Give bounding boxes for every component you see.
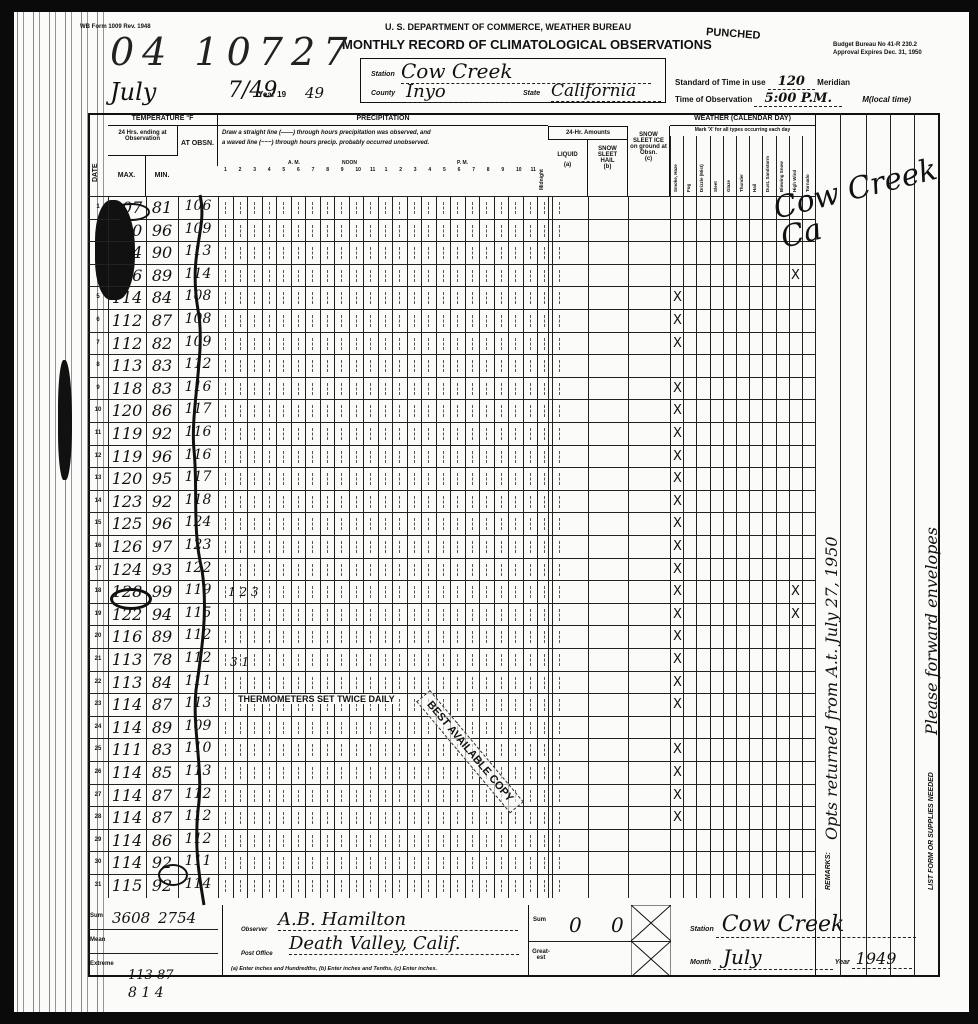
date-cell: 8 <box>88 362 108 368</box>
date-cell: 14 <box>88 498 108 504</box>
year-label: Year 19 <box>258 90 286 99</box>
remarks-label: REMARKS: <box>825 852 832 890</box>
sum-label: Sum <box>90 913 103 919</box>
max-temp-cell[interactable]: 114 <box>108 853 146 872</box>
footer-month-label: Month <box>690 959 711 966</box>
footer-station-label: Station <box>690 926 714 933</box>
precip-summary-block: Sum Great-est 0 0 <box>528 905 670 977</box>
date-cell: 26 <box>88 769 108 775</box>
handwritten-id: 04 10727 <box>110 30 355 74</box>
date-cell: 4 <box>88 272 108 278</box>
state-label: State <box>523 90 540 97</box>
max-temp-cell[interactable]: 120 <box>108 469 146 488</box>
max-temp-cell[interactable]: 111 <box>108 740 146 759</box>
min-temp-cell[interactable]: 96 <box>146 221 178 240</box>
min-temp-cell[interactable]: 87 <box>146 695 178 714</box>
haze-mark[interactable]: X <box>673 584 682 599</box>
date-cell: 9 <box>88 385 108 391</box>
liquid-label: LIQUID <box>548 152 587 158</box>
temperature-header: TEMPERATURE °F <box>108 113 218 126</box>
date-cell: 18 <box>88 588 108 594</box>
haze-mark[interactable]: X <box>673 765 682 780</box>
date-cell: 7 <box>88 340 108 346</box>
hour-label: 5 <box>282 167 285 173</box>
weather-instruction: Mark 'X' for all types occurring each da… <box>670 127 815 133</box>
footer-station-field[interactable]: Cow Creek <box>716 912 916 938</box>
snow-sleet-hail-header: SNOW SLEET HAIL (b) <box>588 140 628 196</box>
date-cell: 24 <box>88 724 108 730</box>
min-temp-cell[interactable]: 83 <box>146 356 178 375</box>
haze-mark[interactable]: X <box>673 697 682 712</box>
weather-type-header: Drizzle (Mist) <box>699 164 704 192</box>
hour-label: 11 <box>370 167 375 173</box>
remarks-field[interactable]: Opts returned from A.t. July 27, 1950 <box>822 536 841 840</box>
observer-block: Observer A.B. Hamilton Post Office Death… <box>222 905 548 977</box>
hour-label: 6 <box>458 167 461 173</box>
min-temp-cell[interactable]: 94 <box>146 605 178 624</box>
weather-type-header: Fog <box>686 184 691 192</box>
standard-time-label: Standard of Time in use <box>675 78 766 87</box>
precip-instruction-1: Draw a straight line (——) through hours … <box>222 130 431 136</box>
footer-year-label: Year <box>835 959 850 966</box>
station-box: Station Cow Creek County Inyo State Cali… <box>360 58 666 103</box>
date-cell: 30 <box>88 859 108 865</box>
hour-label: 1 <box>224 167 227 173</box>
footnote: (a) Enter inches and Hundredths, (b) Ent… <box>231 966 437 972</box>
noon-label: NOON <box>342 160 357 166</box>
high-wind-mark[interactable]: X <box>791 268 800 283</box>
max-temp-cell[interactable]: 116 <box>108 627 146 646</box>
crossed-out-cells <box>631 905 671 977</box>
max-temp-cell[interactable]: 114 <box>108 763 146 782</box>
date-cell: 19 <box>88 611 108 617</box>
liquid-sub: (a) <box>548 162 587 168</box>
weather-type-header: Smoke, Haze <box>673 164 678 192</box>
summary-block: Sum 3608 2754 Mean Extreme <box>88 905 218 977</box>
min-temp-cell[interactable]: 89 <box>146 627 178 646</box>
below-note-1: 113 87 <box>128 968 174 983</box>
haze-mark[interactable]: X <box>673 494 682 509</box>
date-cell: 28 <box>88 814 108 820</box>
hour-label: 8 <box>326 167 329 173</box>
thermometers-stamp: THERMOMETERS SET TWICE DAILY <box>236 694 397 704</box>
snow-sum[interactable]: 0 <box>611 913 624 937</box>
haze-mark[interactable]: X <box>673 403 682 418</box>
circled-value-day1 <box>112 203 150 221</box>
max-temp-cell[interactable]: 113 <box>108 356 146 375</box>
weather-type-header: Hail <box>752 184 757 192</box>
date-cell: 23 <box>88 701 108 707</box>
budget-line-1: Budget Bureau No 41-R 230.2 <box>833 42 917 48</box>
county-field[interactable]: Inyo <box>406 81 511 103</box>
date-cell: 13 <box>88 475 108 481</box>
min-temp-cell[interactable]: 78 <box>146 650 178 669</box>
budget-line-2: Approval Expires Dec. 31, 1950 <box>833 50 922 56</box>
agency-title: U. S. DEPARTMENT OF COMMERCE, WEATHER BU… <box>385 22 631 32</box>
date-cell: 21 <box>88 656 108 662</box>
si-sub: (c) <box>630 156 667 162</box>
temperature-trend-line <box>180 190 230 910</box>
max-temp-cell[interactable]: 114 <box>108 288 146 307</box>
precip-note-18: 1 2 3 <box>228 585 259 599</box>
min-temp-cell[interactable]: 90 <box>146 243 178 262</box>
min-temp-cell[interactable]: 87 <box>146 786 178 805</box>
max-temp-cell[interactable]: 115 <box>108 876 146 895</box>
haze-mark[interactable]: X <box>673 788 682 803</box>
date-cell: 10 <box>88 407 108 413</box>
si-label: SNOW SLEET ICE on ground at Obsn. <box>630 132 667 156</box>
sum-min[interactable]: 2754 <box>158 909 196 927</box>
observation-time-field[interactable]: 5:00 P.M. <box>754 91 842 107</box>
weather-type-header: Blowing Snow <box>779 161 784 192</box>
min-temp-cell[interactable]: 86 <box>146 401 178 420</box>
haze-mark[interactable]: X <box>673 742 682 757</box>
haze-mark[interactable]: X <box>673 652 682 667</box>
date-cell: 2 <box>88 227 108 233</box>
haze-mark[interactable]: X <box>673 607 682 622</box>
date-header: DATE <box>92 163 99 182</box>
standard-time-row: Standard of Time in use 120 Meridian <box>675 74 850 89</box>
min-temp-cell[interactable]: 84 <box>146 288 178 307</box>
observer-label: Observer <box>241 927 267 933</box>
observation-time-label: Time of Observation <box>675 95 752 104</box>
precip-instruction-2: a waved line (~~~) through hours precip.… <box>222 140 429 146</box>
snow-ice-header: SNOW SLEET ICE on ground at Obsn. (c) <box>628 126 670 196</box>
liquid-sum[interactable]: 0 <box>569 913 582 937</box>
ssh-sub: (b) <box>594 164 621 170</box>
high-wind-mark[interactable]: X <box>791 607 800 622</box>
weather-type-header: Sleet <box>713 181 718 192</box>
hour-label: 4 <box>428 167 431 173</box>
haze-mark[interactable]: X <box>673 426 682 441</box>
month-note: July <box>110 78 156 106</box>
hour-label: 10 <box>355 167 361 173</box>
max-temp-cell[interactable]: 119 <box>108 424 146 443</box>
observation-time-row: Time of Observation 5:00 P.M. M(local ti… <box>675 91 911 106</box>
max-temp-cell[interactable]: 113 <box>108 650 146 669</box>
precip-sum-label: Sum <box>533 917 546 923</box>
min-temp-cell[interactable]: 89 <box>146 718 178 737</box>
max-temp-cell[interactable]: 116 <box>108 266 146 285</box>
haze-mark[interactable]: X <box>673 629 682 644</box>
hour-label: 10 <box>516 167 522 173</box>
hour-label: 3 <box>414 167 417 173</box>
hrs-ending-header: 24 Hrs. ending at Observation <box>108 126 178 156</box>
below-note-2: 8 1 4 <box>128 985 164 1001</box>
min-temp-cell[interactable]: 85 <box>146 763 178 782</box>
weather-type-header: Glaze <box>726 180 731 192</box>
max-temp-cell[interactable]: 112 <box>108 334 146 353</box>
max-temp-cell[interactable]: 114 <box>108 831 146 850</box>
liquid-header: LIQUID (a) <box>548 140 588 196</box>
weather-type-header: Thunder <box>739 174 744 192</box>
haze-mark[interactable]: X <box>673 562 682 577</box>
high-wind-mark[interactable]: X <box>791 584 800 599</box>
precip-note-21: 3 1 <box>230 655 249 669</box>
max-temp-cell[interactable]: 125 <box>108 514 146 533</box>
mean-label: Mean <box>90 937 105 943</box>
haze-mark[interactable]: X <box>673 381 682 396</box>
hour-label: 1 <box>385 167 388 173</box>
am-label: A. M. <box>288 160 300 166</box>
date-cell: 5 <box>88 294 108 300</box>
hour-label: 6 <box>297 167 300 173</box>
page-title: MONTHLY RECORD OF CLIMATOLOGICAL OBSERVA… <box>342 37 712 52</box>
hour-label: 8 <box>487 167 490 173</box>
haze-mark[interactable]: X <box>673 539 682 554</box>
max-temp-cell[interactable]: 114 <box>108 718 146 737</box>
station-label: Station <box>371 71 395 78</box>
footer-month-field[interactable]: July <box>713 945 833 970</box>
haze-mark[interactable]: X <box>673 313 682 328</box>
state-field[interactable]: California <box>551 81 661 102</box>
date-cell: 29 <box>88 837 108 843</box>
supplies-field[interactable]: Please forward envelopes <box>922 527 941 735</box>
max-temp-cell[interactable]: 110 <box>108 221 146 240</box>
min-temp-cell[interactable]: 97 <box>146 537 178 556</box>
hour-label: 9 <box>341 167 344 173</box>
date-cell: 6 <box>88 317 108 323</box>
circled-value-day18 <box>110 588 152 610</box>
ink-blot <box>58 360 72 480</box>
precip-greatest-label: Great-est <box>531 949 551 961</box>
haze-mark[interactable]: X <box>673 810 682 825</box>
hour-label: 11 <box>531 167 536 173</box>
observer-field[interactable]: A.B. Hamilton <box>278 909 518 931</box>
haze-mark[interactable]: X <box>673 336 682 351</box>
county-label: County <box>371 90 395 97</box>
at-obsn-header: AT OBSN. <box>178 126 218 166</box>
pm-label: P. M. <box>457 160 468 166</box>
min-header: MIN. <box>146 156 178 196</box>
max-header: MAX. <box>108 156 146 196</box>
date-cell: 25 <box>88 746 108 752</box>
max-temp-cell[interactable]: 114 <box>108 786 146 805</box>
max-temp-cell[interactable]: 114 <box>108 243 146 262</box>
min-temp-cell[interactable]: 84 <box>146 673 178 692</box>
min-temp-cell[interactable]: 96 <box>146 447 178 466</box>
date-cell: 11 <box>88 430 108 436</box>
date-cell: 27 <box>88 792 108 798</box>
ssh-label: SNOW SLEET HAIL <box>594 146 621 164</box>
meridian-label: Meridian <box>817 78 850 87</box>
min-temp-cell[interactable]: 86 <box>146 831 178 850</box>
footer-station-row: Station Cow Creek <box>690 912 916 938</box>
supplies-label: LIST FORM OR SUPPLIES NEEDED <box>928 772 935 890</box>
max-temp-cell[interactable]: 113 <box>108 673 146 692</box>
date-cell: 1 <box>88 204 108 210</box>
hour-label: 5 <box>443 167 446 173</box>
max-temp-cell[interactable]: 119 <box>108 447 146 466</box>
amounts-header: 24-Hr. Amounts <box>548 126 628 140</box>
min-temp-cell[interactable]: 87 <box>146 808 178 827</box>
date-cell: 22 <box>88 679 108 685</box>
max-temp-cell[interactable]: 120 <box>108 401 146 420</box>
year-value: 49 <box>305 84 324 102</box>
hour-label: 7 <box>472 167 475 173</box>
extreme-label: Extreme <box>90 961 114 967</box>
post-office-field[interactable]: Death Valley, Calif. <box>289 933 519 955</box>
min-temp-cell[interactable]: 96 <box>146 514 178 533</box>
midnight-label: Midnight <box>539 169 545 190</box>
date-cell: 20 <box>88 633 108 639</box>
min-temp-cell[interactable]: 95 <box>146 469 178 488</box>
date-cell: 16 <box>88 543 108 549</box>
min-temp-cell[interactable]: 82 <box>146 334 178 353</box>
weather-type-header: Dust, Sandstorm <box>765 156 770 192</box>
hour-label: 2 <box>399 167 402 173</box>
haze-mark[interactable]: X <box>673 471 682 486</box>
min-temp-cell[interactable]: 83 <box>146 379 178 398</box>
date-cell: 31 <box>88 882 108 888</box>
date-cell: 12 <box>88 453 108 459</box>
max-temp-cell[interactable]: 124 <box>108 560 146 579</box>
standard-time-field[interactable]: 120 <box>768 74 815 90</box>
max-temp-cell[interactable]: 114 <box>108 808 146 827</box>
local-time-label: M(local time) <box>862 95 911 104</box>
haze-mark[interactable]: X <box>673 675 682 690</box>
weather-header: WEATHER (CALENDAR DAY) <box>670 113 815 126</box>
hour-label: 7 <box>312 167 315 173</box>
min-temp-cell[interactable]: 89 <box>146 266 178 285</box>
footer-year-field[interactable]: 1949 <box>852 949 912 969</box>
sum-max[interactable]: 3608 <box>112 909 150 927</box>
min-temp-cell[interactable]: 81 <box>146 198 178 217</box>
hour-label: 3 <box>253 167 256 173</box>
circled-value-day30 <box>158 864 188 886</box>
haze-mark[interactable]: X <box>673 449 682 464</box>
hour-label: 9 <box>501 167 504 173</box>
post-office-label: Post Office <box>241 951 273 957</box>
min-temp-cell[interactable]: 92 <box>146 424 178 443</box>
date-cell: 17 <box>88 566 108 572</box>
haze-mark[interactable]: X <box>673 516 682 531</box>
footer-month-row: Month July Year 1949 <box>690 945 912 970</box>
date-cell: 15 <box>88 520 108 526</box>
hour-label: 4 <box>268 167 271 173</box>
max-temp-cell[interactable]: 114 <box>108 695 146 714</box>
max-temp-cell[interactable]: 123 <box>108 492 146 511</box>
max-temp-cell[interactable]: 126 <box>108 537 146 556</box>
hour-label: 2 <box>239 167 242 173</box>
max-temp-cell[interactable]: 118 <box>108 379 146 398</box>
date-cell: 3 <box>88 249 108 255</box>
min-temp-cell[interactable]: 92 <box>146 492 178 511</box>
min-temp-cell[interactable]: 87 <box>146 311 178 330</box>
haze-mark[interactable]: X <box>673 290 682 305</box>
precipitation-header: PRECIPITATION <box>218 113 548 126</box>
max-temp-cell[interactable]: 112 <box>108 311 146 330</box>
min-temp-cell[interactable]: 93 <box>146 560 178 579</box>
min-temp-cell[interactable]: 83 <box>146 740 178 759</box>
